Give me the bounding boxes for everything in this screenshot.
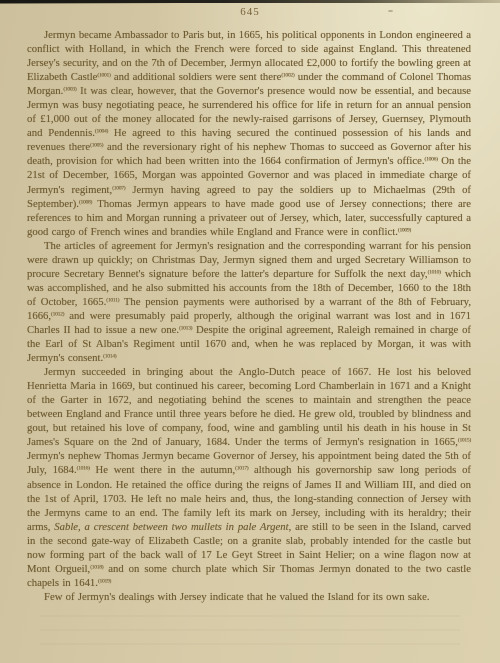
text-segment: Few of Jermyn's dealings with Jersey ind… <box>44 591 430 603</box>
text-segment: The articles of agreement for Jermyn's r… <box>27 240 471 280</box>
footnote-marker: (1010) <box>428 269 441 275</box>
footnote-marker: (1005) <box>90 143 103 149</box>
footnote-marker: (1017) <box>235 466 248 472</box>
footnote-marker: (1003) <box>63 87 76 93</box>
footnote-marker: (1008) <box>79 199 92 205</box>
page-number: 645 <box>0 6 500 18</box>
text-segment: He went there in the autumn, <box>90 464 235 476</box>
footnote-marker: (1002) <box>281 73 294 79</box>
footnote-marker: (1018) <box>90 564 103 570</box>
paragraph: Few of Jermyn's dealings with Jersey ind… <box>27 590 471 604</box>
scan-speck <box>388 10 393 12</box>
footnote-marker: (1001) <box>97 73 110 79</box>
footnote-marker: (1019) <box>98 578 111 584</box>
footnote-marker: (1013) <box>179 325 192 331</box>
paragraph: The articles of agreement for Jermyn's r… <box>27 239 471 365</box>
scan-edge-top <box>0 0 500 3</box>
paragraph: Jermyn became Ambassador to Paris but, i… <box>27 28 471 239</box>
text-segment: and additional soldiers were sent there <box>111 71 282 83</box>
page-body: Jermyn became Ambassador to Paris but, i… <box>27 28 471 604</box>
footnote-marker: (1009) <box>398 227 411 233</box>
footnote-marker: (1006) <box>425 157 438 163</box>
footnote-marker: (1011) <box>106 297 119 303</box>
footnote-marker: (1007) <box>112 185 125 191</box>
text-segment: Jermyn succeeded in bringing about the A… <box>27 366 471 448</box>
footnote-marker: (1014) <box>103 354 116 360</box>
page-bleed-through <box>40 615 460 655</box>
heraldry-blazon: Sable, a crescent between two mullets in… <box>54 521 288 533</box>
footnote-marker: (1012) <box>51 311 64 317</box>
footnote-marker: (1004) <box>95 129 108 135</box>
paragraph: Jermyn succeeded in bringing about the A… <box>27 365 471 590</box>
footnote-marker: (1015) <box>458 438 471 444</box>
footnote-marker: (1016) <box>77 466 90 472</box>
